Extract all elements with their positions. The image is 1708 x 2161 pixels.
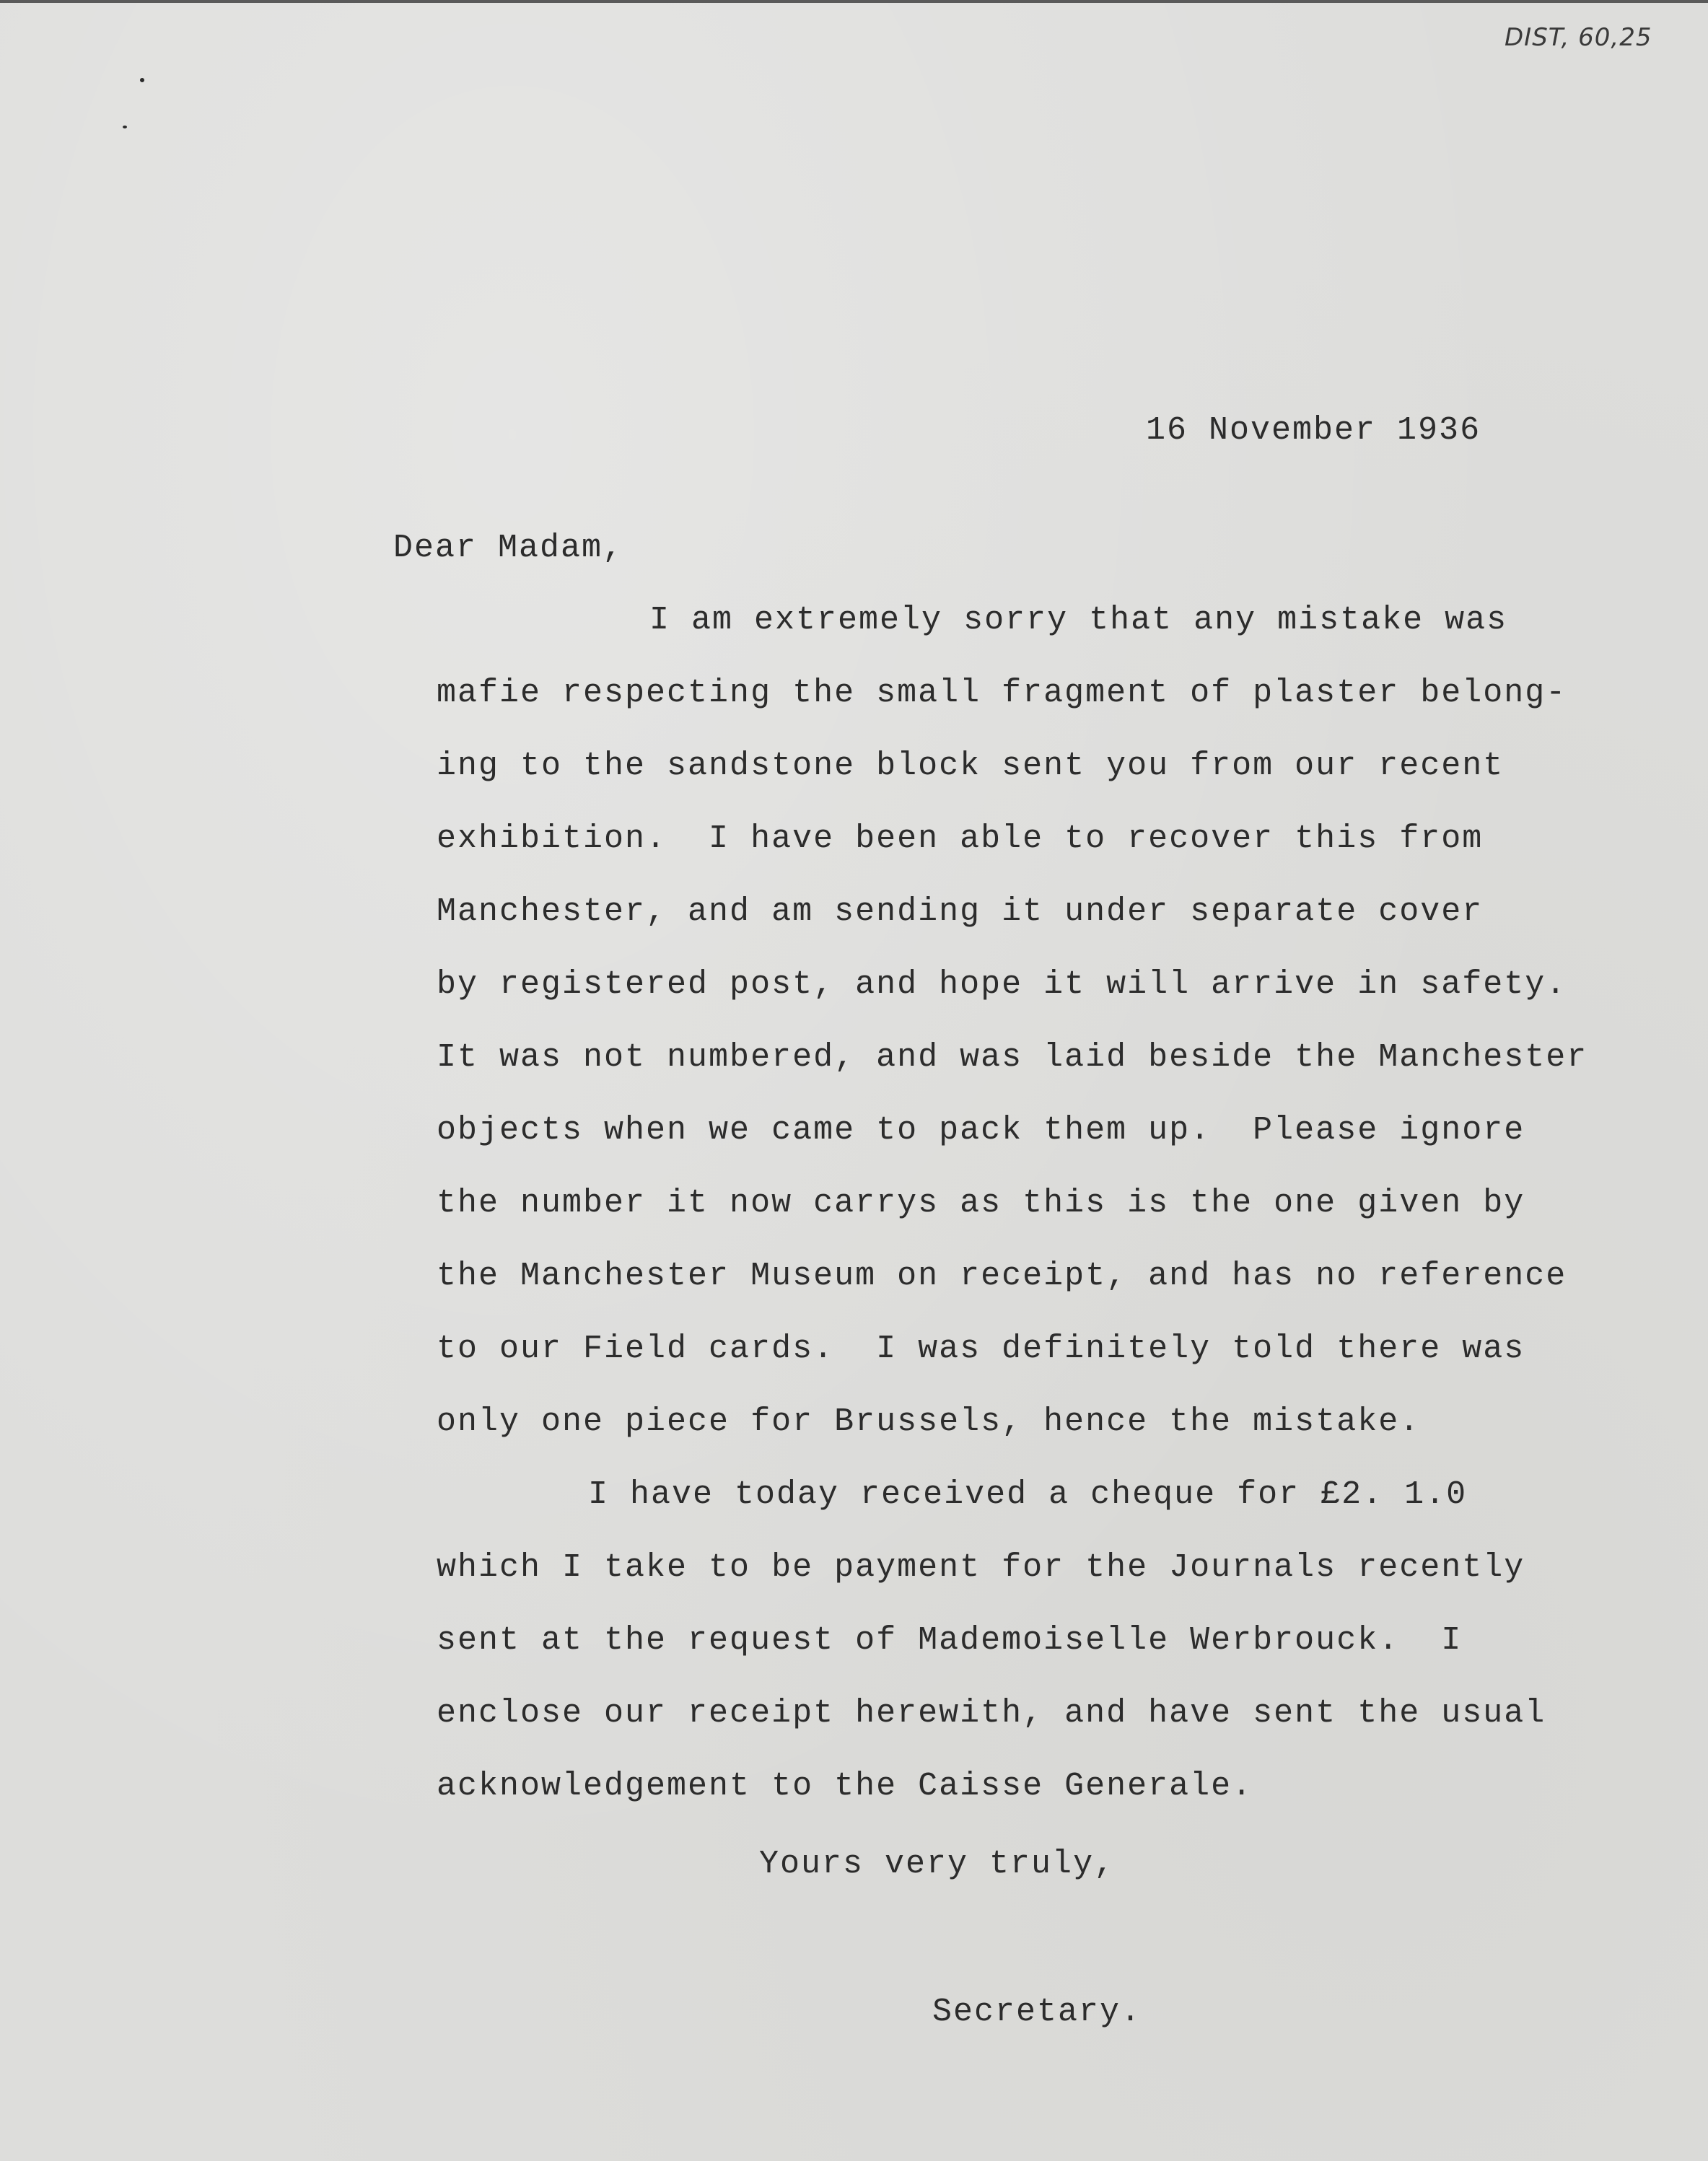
- paragraph1-line: to our Field cards. I was definitely tol…: [437, 1333, 1525, 1365]
- paragraph1-line: mafie respecting the small fragment of p…: [437, 677, 1567, 709]
- paragraph2-line: acknowledgement to the Caisse Generale.: [437, 1770, 1253, 1802]
- paragraph2-line: which I take to be payment for the Journ…: [437, 1551, 1525, 1584]
- paragraph1-line: only one piece for Brussels, hence the m…: [437, 1406, 1420, 1438]
- paragraph1-line: objects when we came to pack them up. Pl…: [437, 1114, 1525, 1147]
- paper-speck: [140, 78, 144, 82]
- signature: Secretary.: [932, 1996, 1142, 2028]
- paper-speck: [123, 126, 127, 128]
- paragraph1-line: I am extremely sorry that any mistake wa…: [649, 604, 1507, 636]
- salutation: Dear Madam,: [393, 532, 623, 564]
- paragraph1-line: ing to the sandstone block sent you from…: [437, 750, 1504, 782]
- paragraph2-line: sent at the request of Mademoiselle Werb…: [437, 1624, 1462, 1657]
- paragraph1-line: by registered post, and hope it will arr…: [437, 968, 1567, 1001]
- paragraph1-line: It was not numbered, and was laid beside…: [437, 1041, 1587, 1074]
- letter-page: DIST, 60,25 16 November 1936 Dear Madam,…: [0, 0, 1708, 2161]
- paragraph2-line: I have today received a cheque for £2. 1…: [588, 1478, 1467, 1511]
- paragraph1-line: exhibition. I have been able to recover …: [437, 823, 1483, 855]
- paragraph1-line: the Manchester Museum on receipt, and ha…: [437, 1260, 1567, 1292]
- closing: Yours very truly,: [759, 1848, 1115, 1880]
- paragraph2-line: enclose our receipt herewith, and have s…: [437, 1697, 1546, 1730]
- archive-reference-mark: DIST, 60,25: [1505, 23, 1652, 52]
- letter-date: 16 November 1936: [1146, 414, 1481, 447]
- paragraph1-line: the number it now carrys as this is the …: [437, 1187, 1525, 1219]
- paragraph1-line: Manchester, and am sending it under sepa…: [437, 895, 1483, 928]
